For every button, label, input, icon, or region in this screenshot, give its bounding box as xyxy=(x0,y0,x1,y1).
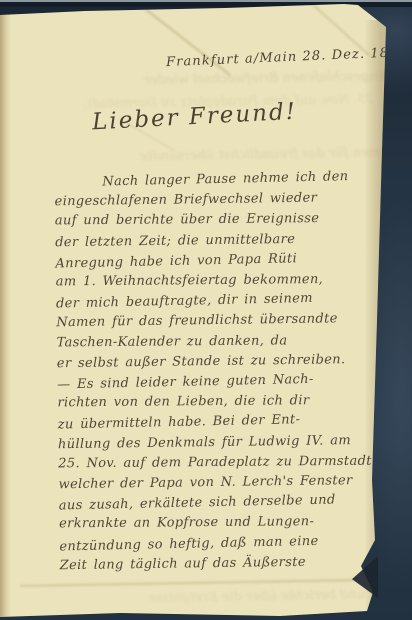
bleedthrough-line: eingeschlafenen Briefwechsel wieder xyxy=(30,69,390,90)
letter-photograph: eingeschlafenen Briefwechsel wieder 25. … xyxy=(0,0,412,620)
paper-left-edge xyxy=(0,10,11,620)
handwriting-line: Taschen-Kalender zu danken, da xyxy=(56,330,376,353)
handwriting-line: auf und berichte über die Ereignisse xyxy=(55,209,375,232)
handwriting-line: 25. Nov. auf dem Paradeplatz zu Darmstad… xyxy=(58,451,378,474)
letter-body: Nach langer Pause nehme ich deneingeschl… xyxy=(54,168,380,576)
bleedthrough-line: Namen für das freundlichst übersandte xyxy=(40,145,400,166)
letter-sheet: eingeschlafenen Briefwechsel wieder 25. … xyxy=(0,0,412,620)
bleedthrough-line: auf und berichte über die Ereignisse xyxy=(30,587,390,608)
paper-crease xyxy=(20,579,360,587)
